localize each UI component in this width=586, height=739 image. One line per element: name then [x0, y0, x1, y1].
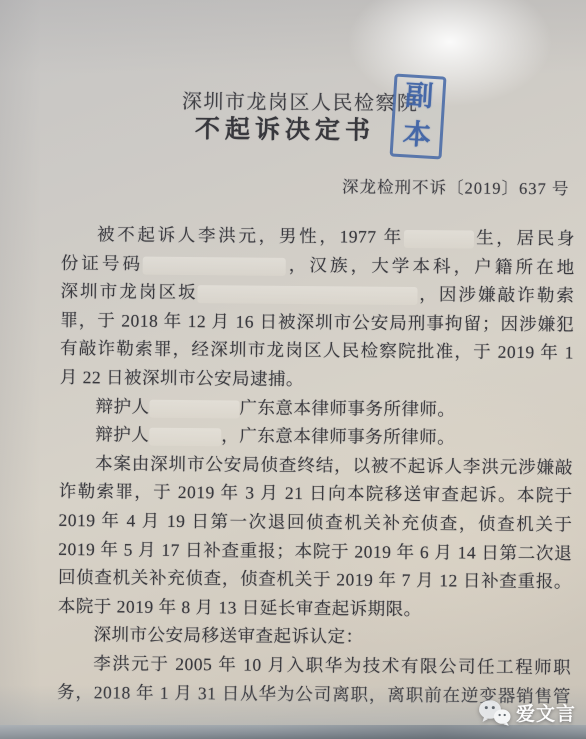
- text-run: 本案由深圳市公安局侦查终结，以被不起诉人李洪元涉嫌敲: [95, 453, 573, 477]
- text-run: ，汉族，大学本科，户籍所在地: [286, 254, 575, 277]
- redacted-blank: [143, 256, 286, 275]
- redacted-blank: [149, 399, 239, 418]
- document-text-line: 月 22 日被深圳市公安局逮捕。: [60, 363, 574, 396]
- text-run: 本院于 2019 年 8 月 13 日延长审查起诉期限。: [58, 596, 422, 619]
- document-text-line: 2019 年 5 月 17 日补查重报；本院于 2019 年 6 月 14 日第…: [58, 534, 572, 567]
- text-run: 被不起诉人李洪元，男性，1977 年: [97, 224, 404, 247]
- document-text-line: 本案由深圳市公安局侦查终结，以被不起诉人李洪元涉嫌敲: [59, 449, 573, 482]
- text-run: 辩护人: [95, 396, 149, 416]
- document-text-line: 本院于 2019 年 8 月 13 日延长审查起诉期限。: [58, 592, 572, 625]
- document-title: 不起诉决定书: [0, 107, 578, 148]
- document-text-line: 深圳市公安局移送审查起诉认定：: [57, 620, 571, 653]
- text-run: 辩护人: [95, 424, 149, 444]
- text-run: 罪，于 2018 年 12 月 16 日被深圳市公安局刑事拘留；因涉嫌犯: [60, 310, 574, 334]
- text-run: ，广东意本律师事务所律师。: [221, 425, 455, 447]
- document-photo: 深圳市龙岗区人民检察院 不起诉决定书 副 本 深龙检刑不诉〔2019〕637 号…: [0, 0, 586, 739]
- document-text-line: 被不起诉人李洪元，男性，1977 年生，居民身: [61, 220, 575, 253]
- document-body-lines: 被不起诉人李洪元，男性，1977 年生，居民身份证号码，汉族，大学本科，户籍所在…: [57, 220, 575, 711]
- stamp-char-top: 副: [404, 82, 434, 112]
- redacted-blank: [149, 428, 221, 447]
- text-run: 广东意本律师事务所律师。: [239, 397, 455, 419]
- text-run: 诈勒索罪，于 2019 年 3 月 21 日向本院移送审查起诉。本院于: [59, 481, 573, 505]
- text-run: 月 22 日被深圳市公安局逮捕。: [60, 367, 304, 389]
- document-text-line: 辩护人，广东意本律师事务所律师。: [59, 420, 573, 453]
- watermark-label: 爱文言: [516, 699, 576, 726]
- copy-stamp: 副 本: [390, 74, 447, 160]
- document-text-line: 罪，于 2018 年 12 月 16 日被深圳市公安局刑事拘留；因涉嫌犯: [60, 306, 574, 339]
- redacted-blank: [198, 285, 418, 305]
- text-run: 2019 年 4 月 19 日第一次退回侦查机关补充侦查，侦查机关于: [58, 510, 572, 534]
- text-run: 2019 年 5 月 17 日补查重报；本院于 2019 年 6 月 14 日第…: [58, 538, 572, 562]
- text-run: 李洪元于 2005 年 10 月入职华为技术有限公司任工程师职: [93, 653, 571, 677]
- watermark: 爱文言: [478, 699, 576, 726]
- redacted-blank: [404, 230, 474, 249]
- text-run: 深圳市公安局移送审查起诉认定：: [93, 625, 363, 647]
- text-run: ，因涉嫌敲诈勒索: [418, 284, 575, 305]
- document-text-line: 回侦查机关补充侦查，侦查机关于 2019 年 7 月 12 日补查重报。: [58, 563, 572, 596]
- document-text-line: 2019 年 4 月 19 日第一次退回侦查机关补充侦查，侦查机关于: [58, 506, 572, 539]
- text-run: 深圳市龙岗区坂: [60, 281, 197, 302]
- text-run: 份证号码: [61, 253, 144, 274]
- document-text-line: 深圳市龙岗区坂，因涉嫌敲诈勒索: [60, 277, 574, 310]
- wechat-icon: [478, 699, 511, 726]
- text-run: 生，居民身: [474, 228, 575, 249]
- document-text-line: 有敲诈勒索罪，经深圳市龙岗区人民检察院批准，于 2019 年 1: [60, 334, 574, 367]
- document-text-line: 辩护人广东意本律师事务所律师。: [59, 391, 573, 424]
- text-run: 有敲诈勒索罪，经深圳市龙岗区人民检察院批准，于 2019 年 1: [60, 338, 574, 362]
- text-run: 回侦查机关补充侦查，侦查机关于 2019 年 7 月 12 日补查重报。: [58, 567, 572, 591]
- photo-bottom-edge: [0, 725, 586, 739]
- document-text-line: 李洪元于 2005 年 10 月入职华为技术有限公司任工程师职: [57, 649, 571, 682]
- document-number: 深龙检刑不诉〔2019〕637 号: [342, 173, 570, 199]
- document-text-line: 份证号码，汉族，大学本科，户籍所在地: [61, 249, 575, 282]
- document-text-line: 诈勒索罪，于 2019 年 3 月 21 日向本院移送审查起诉。本院于: [59, 477, 573, 510]
- stamp-char-bottom: 本: [402, 121, 432, 151]
- paper-content: 深圳市龙岗区人民检察院 不起诉决定书 副 本 深龙检刑不诉〔2019〕637 号…: [0, 0, 586, 739]
